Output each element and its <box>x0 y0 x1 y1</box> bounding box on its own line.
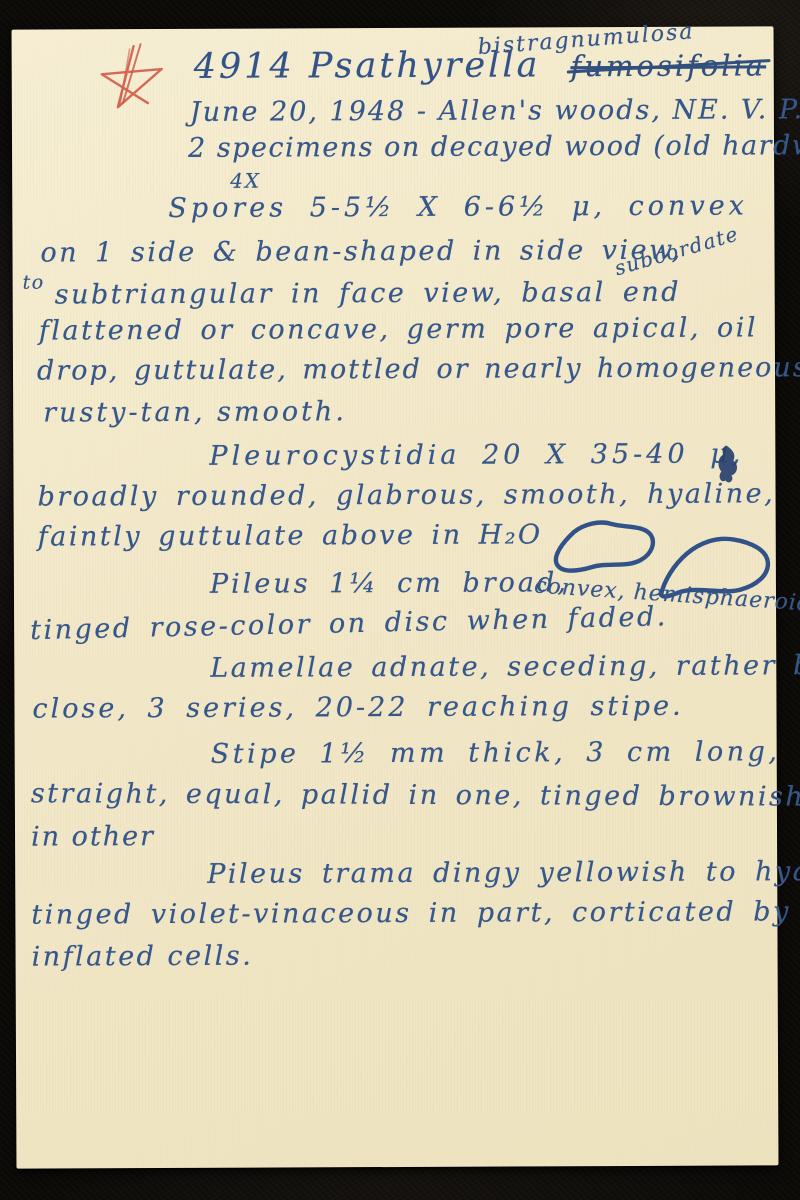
note-card: 4914 Psathyrella fumosifolia bistragnumu… <box>12 26 779 1168</box>
lamellae-line-2: close, 3 series, 20-22 reaching stipe. <box>32 691 683 725</box>
red-star-icon <box>96 43 170 113</box>
pileus-trama-line-3: inflated cells. <box>31 941 253 973</box>
photo-background: 4914 Psathyrella fumosifolia bistragnumu… <box>0 0 800 1200</box>
stipe-line-3: in other <box>31 821 155 853</box>
spores-line-1: Spores 5-5½ X 6-6½ μ, convex <box>168 190 748 224</box>
ink-blot <box>711 444 741 486</box>
substrate-line: 2 specimens on decayed wood (old hardwoo… <box>188 130 800 164</box>
pileus-trama-line-2: tinged violet-vinaceous in part, cortica… <box>31 896 791 930</box>
date-location-line: June 20, 1948 - Allen's woods, NE. V. P. <box>190 94 800 128</box>
magnification-note: 4X <box>230 169 261 193</box>
lamellae-line-1: Lamellae adnate, seceding, rather broad, <box>210 650 800 684</box>
spores-line-2: on 1 side & bean-shaped in side view, <box>40 235 682 269</box>
spores-line-3: subtriangular in face view, basal end <box>55 277 681 311</box>
pileus-trama-line-1: Pileus trama dingy yellowish to hyaline, <box>207 856 800 890</box>
pleurocystidia-line-2: broadly rounded, glabrous, smooth, hyali… <box>37 478 775 512</box>
pleurocystidia-line-3: faintly guttulate above in H₂O <box>38 519 543 552</box>
stipe-line-2: straight, equal, pallid in one, tinged b… <box>31 778 800 812</box>
spores-line-3-prefix: to <box>23 272 45 294</box>
spores-line-4: flattened or concave, germ pore apical, … <box>39 312 758 346</box>
spores-line-6: rusty-tan, smooth. <box>43 396 347 428</box>
spores-margin-word: subcordate <box>612 221 742 280</box>
pleurocystidia-line-1: Pleurocystidia 20 X 35-40 μ, <box>209 438 744 471</box>
stipe-line-1: Stipe 1½ mm thick, 3 cm long, <box>211 736 781 769</box>
spores-line-5: drop, guttulate, mottled or nearly homog… <box>37 352 800 386</box>
species-name-struck: fumosifolia <box>570 48 766 83</box>
pileus-line-1: Pileus 1¼ cm broad, <box>210 567 569 600</box>
pileus-line-2: tinged rose-color on disc when faded. <box>30 601 668 646</box>
